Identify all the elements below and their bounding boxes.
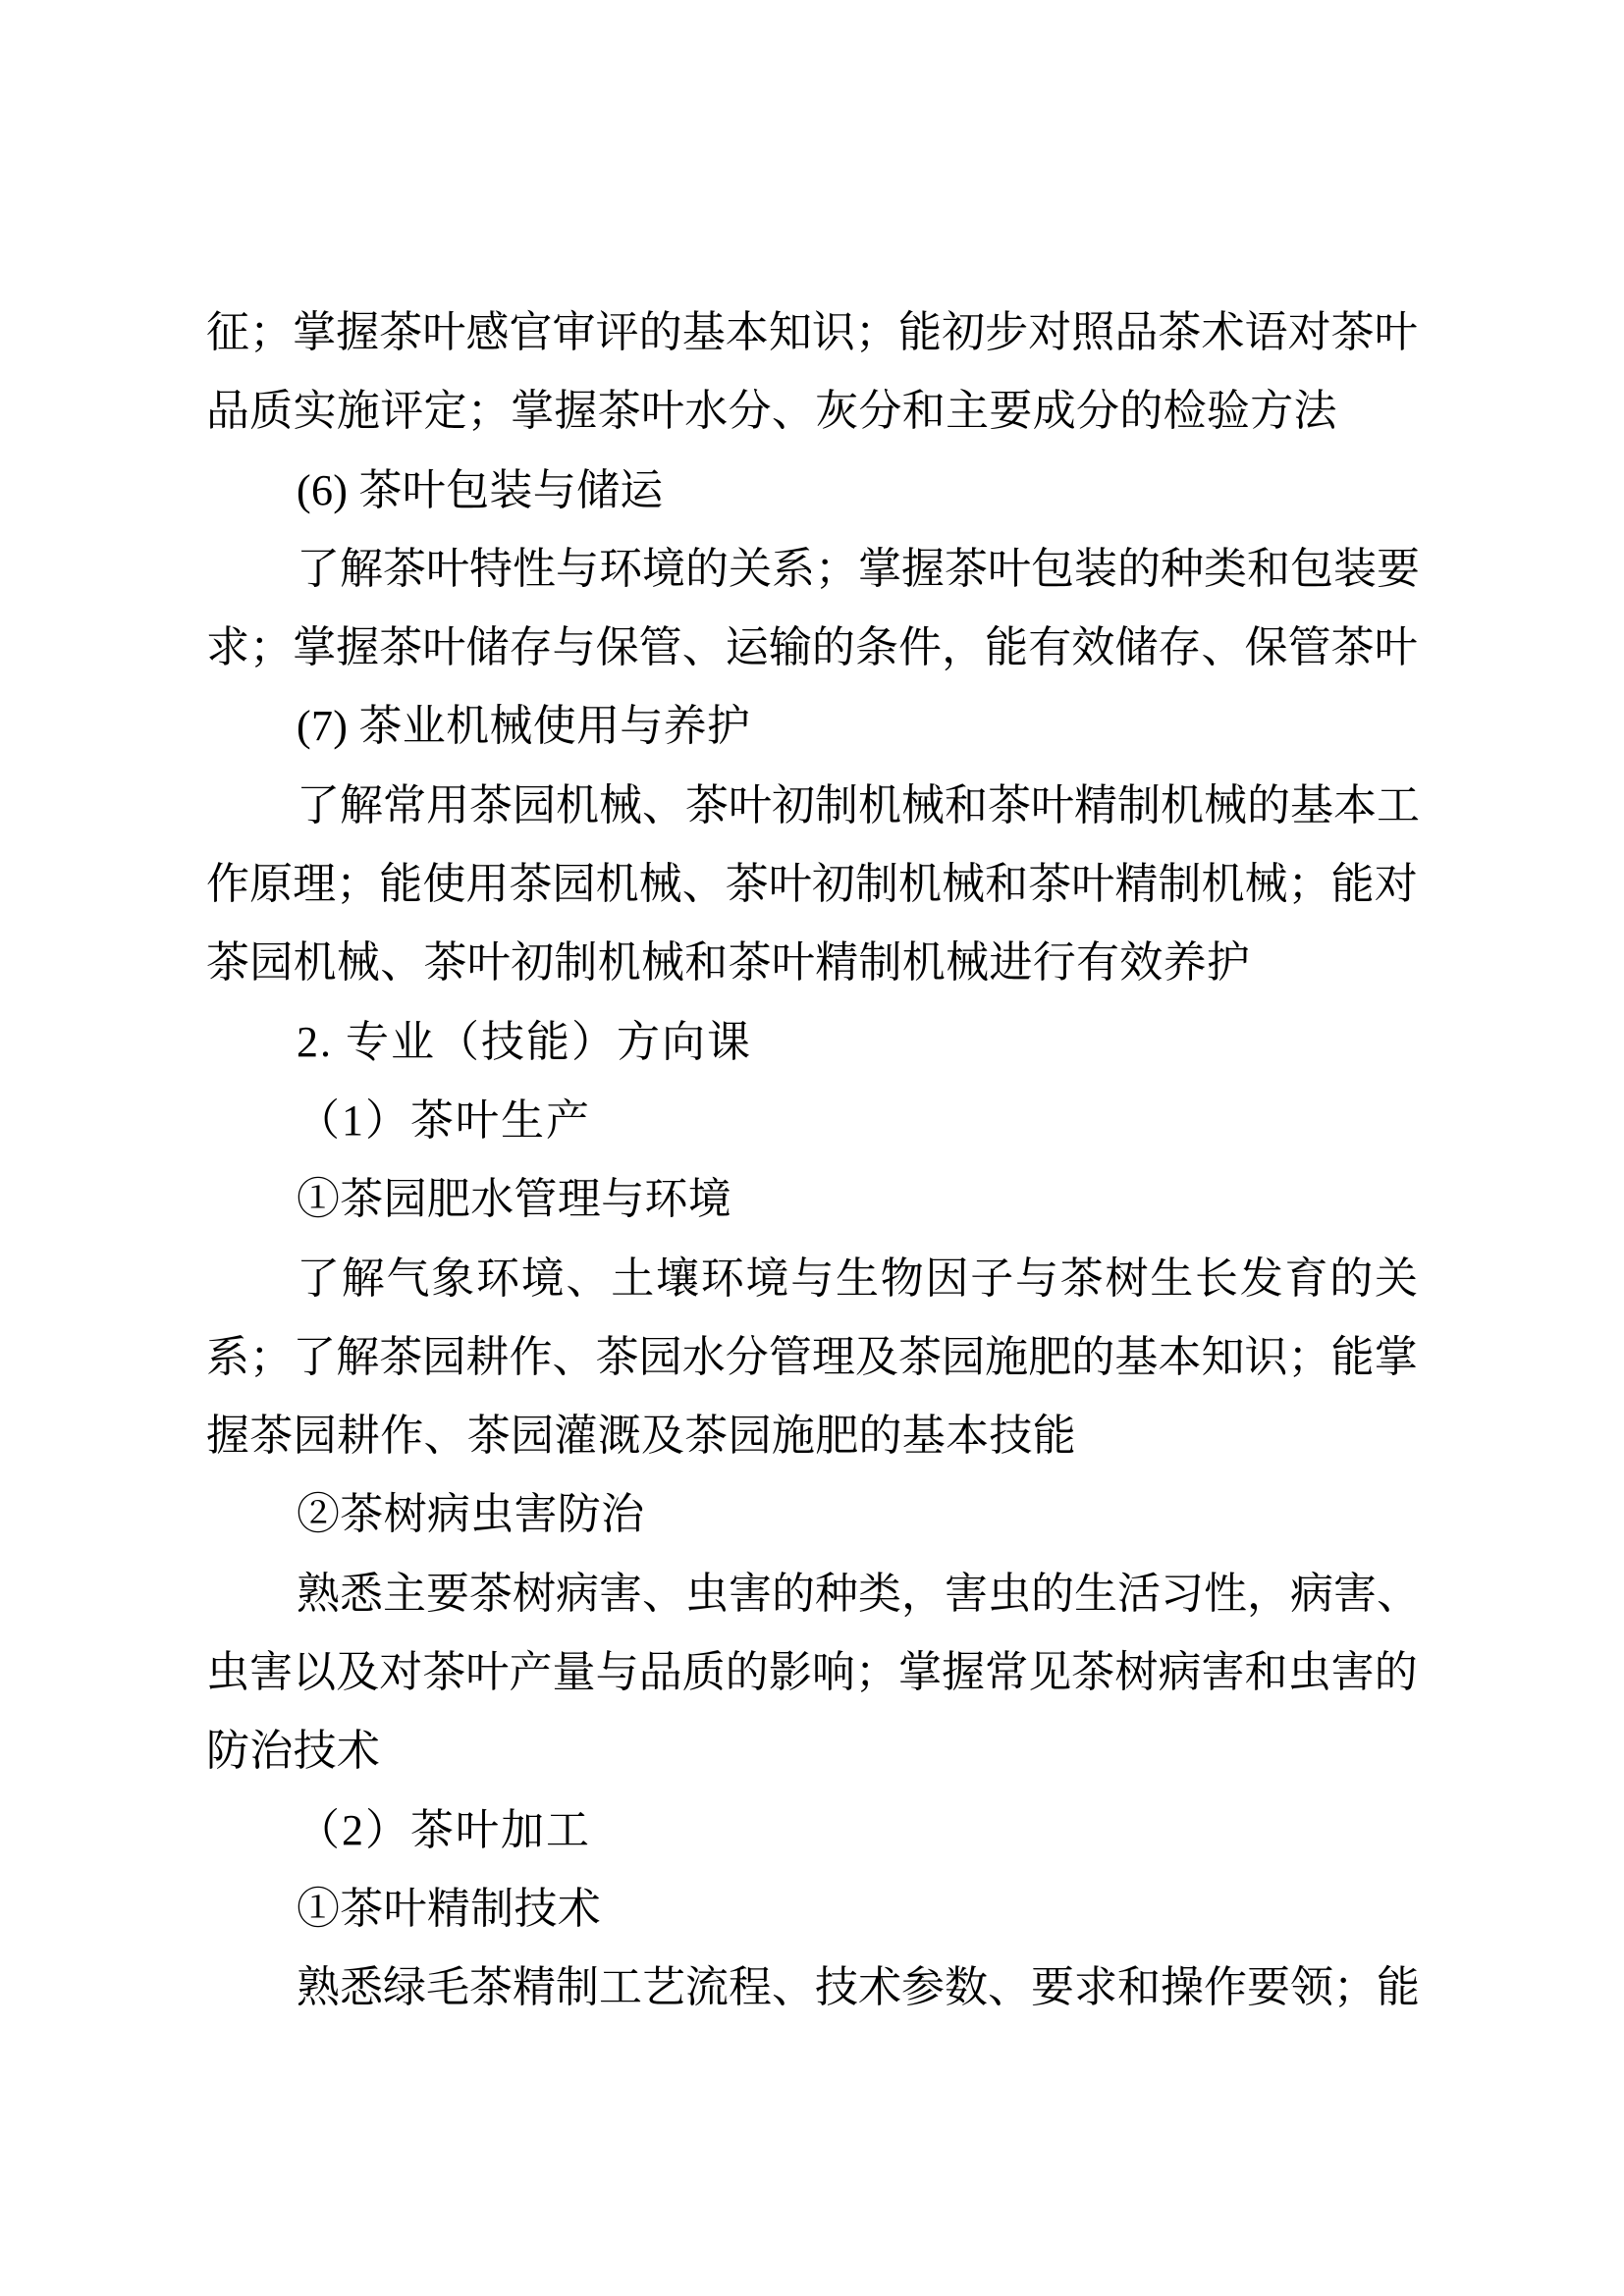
text-line-3: (6) 茶叶包装与储运 — [206, 452, 1418, 530]
char: 茶 — [1028, 845, 1071, 924]
char: 关 — [729, 530, 772, 609]
char: 病 — [1158, 1633, 1201, 1712]
char: 了 — [297, 767, 340, 845]
char: ； — [249, 294, 293, 372]
char: 园 — [553, 845, 596, 924]
char: 环 — [476, 1240, 519, 1318]
char: 的 — [726, 1633, 769, 1712]
char: 械 — [1245, 845, 1288, 924]
char: 与 — [596, 1633, 639, 1712]
char: 种 — [1161, 530, 1204, 609]
char: 的 — [772, 1555, 815, 1633]
char: 和 — [985, 845, 1028, 924]
char: 流 — [685, 1949, 729, 2027]
char: 制 — [855, 845, 898, 924]
char: 本 — [1158, 1318, 1201, 1397]
char: 子 — [970, 1240, 1013, 1318]
char: 用 — [465, 845, 509, 924]
char: 本 — [1333, 767, 1377, 845]
char: 及 — [855, 1318, 898, 1397]
char: 见 — [1028, 1633, 1071, 1712]
char: 械 — [599, 767, 642, 845]
char: 机 — [858, 767, 901, 845]
char: ； — [249, 1318, 293, 1397]
char: 掌 — [293, 294, 336, 372]
char: 常 — [985, 1633, 1028, 1712]
char: 保 — [1245, 609, 1288, 687]
char: 虫 — [1288, 1633, 1331, 1712]
char: 输 — [769, 609, 812, 687]
char: 叶 — [1031, 767, 1074, 845]
char: 茶 — [379, 294, 422, 372]
char: ， — [901, 1555, 945, 1633]
char: 与 — [556, 530, 599, 609]
text-line-7: 了解常用茶园机械、茶叶初制机械和茶叶精制机械的基本工 — [206, 767, 1418, 845]
char: 存 — [509, 609, 552, 687]
char: 知 — [769, 294, 812, 372]
char: 和 — [1247, 530, 1290, 609]
char: 施 — [985, 1318, 1028, 1397]
char: 肥 — [1028, 1318, 1071, 1397]
char: 叶 — [1375, 609, 1418, 687]
text-line-4: 了解茶叶特性与环境的关系；掌握茶叶包装的种类和包装要 — [206, 530, 1418, 609]
char: 保 — [596, 609, 639, 687]
char: 基 — [1290, 767, 1333, 845]
char: 操 — [1161, 1949, 1204, 2027]
char: 茶 — [469, 1949, 513, 2027]
char: 生 — [1150, 1240, 1193, 1318]
char: 茶 — [1331, 294, 1375, 372]
char: 影 — [769, 1633, 812, 1712]
char: 参 — [901, 1949, 945, 2027]
char: 质 — [682, 1633, 726, 1712]
char: 象 — [431, 1240, 474, 1318]
text-line-18: 虫害以及对茶叶产量与品质的影响；掌握常见茶树病害和虫害的 — [206, 1633, 1418, 1712]
char: 的 — [685, 530, 729, 609]
char: 储 — [1114, 609, 1158, 687]
char: 械 — [901, 767, 945, 845]
char: 掌 — [293, 609, 336, 687]
text-line-9: 茶园机械、茶叶初制机械和茶叶精制机械进行有效养护 — [206, 924, 1418, 1002]
char: 茶 — [1071, 1633, 1114, 1712]
char: 数 — [945, 1949, 988, 2027]
char: 叶 — [465, 1633, 509, 1712]
char: 叶 — [422, 609, 465, 687]
char: 类 — [858, 1555, 901, 1633]
char: 树 — [513, 1555, 556, 1633]
char: 官 — [509, 294, 552, 372]
char: 的 — [639, 294, 682, 372]
char: 病 — [556, 1555, 599, 1633]
text-line-17: 熟悉主要茶树病害、虫害的种类，害虫的生活习性，病害、 — [206, 1555, 1418, 1633]
char: 、 — [567, 1240, 610, 1318]
text-line-6: (7) 茶业机械使用与养护 — [206, 687, 1418, 766]
char: 因 — [926, 1240, 969, 1318]
char: 长 — [1195, 1240, 1238, 1318]
char: ； — [815, 530, 858, 609]
char: 理 — [293, 845, 336, 924]
char: 初 — [942, 294, 985, 372]
text-line-5: 求；掌握茶叶储存与保管、运输的条件，能有效储存、保管茶叶 — [206, 609, 1418, 687]
char: 领 — [1290, 1949, 1333, 2027]
char: 要 — [1247, 1949, 1290, 2027]
char: 品 — [1114, 294, 1158, 372]
char: 叶 — [1071, 845, 1114, 924]
char: 制 — [1117, 767, 1161, 845]
char: 茶 — [383, 530, 426, 609]
char: 茶 — [945, 530, 988, 609]
char: 、 — [1377, 1555, 1420, 1633]
char: 存 — [1158, 609, 1201, 687]
char: 能 — [898, 294, 942, 372]
char: 与 — [1015, 1240, 1058, 1318]
char: 机 — [1201, 845, 1244, 924]
char: 解 — [342, 1240, 385, 1318]
char: 的 — [1031, 1555, 1074, 1633]
char: 性 — [513, 530, 556, 609]
char: 土 — [611, 1240, 654, 1318]
char: 艺 — [642, 1949, 685, 2027]
char: 和 — [945, 767, 988, 845]
char: 性 — [1204, 1555, 1247, 1633]
text-line-22: 熟悉绿毛茶精制工艺流程、技术参数、要求和操作要领；能 — [206, 1949, 1418, 2027]
char: 作 — [1204, 1949, 1247, 2027]
text-line-1: 征；掌握茶叶感官审评的基本知识；能初步对照品茶术语对茶叶 — [206, 294, 1418, 372]
char: 系 — [206, 1318, 249, 1397]
char: 和 — [1117, 1949, 1161, 2027]
char: 件 — [898, 609, 942, 687]
char: 害 — [1333, 1555, 1377, 1633]
char: 握 — [901, 530, 945, 609]
char: 害 — [945, 1555, 988, 1633]
char: 械 — [1204, 767, 1247, 845]
char: 园 — [942, 1318, 985, 1397]
char: 术 — [858, 1949, 901, 2027]
char: 握 — [336, 609, 379, 687]
char: 发 — [1240, 1240, 1283, 1318]
char: 茶 — [1331, 609, 1375, 687]
char: 、 — [682, 845, 726, 924]
char: 管 — [1288, 609, 1331, 687]
char: 、 — [642, 767, 685, 845]
char: ； — [855, 1633, 898, 1712]
char: 壤 — [656, 1240, 699, 1318]
char: 悉 — [340, 1555, 383, 1633]
char: 技 — [815, 1949, 858, 2027]
char: 气 — [387, 1240, 430, 1318]
char: 叶 — [426, 530, 469, 609]
char: 虫 — [685, 1555, 729, 1633]
char: ； — [1288, 1318, 1331, 1397]
char: 园 — [422, 1318, 465, 1397]
char: 的 — [1117, 530, 1161, 609]
char: 环 — [701, 1240, 744, 1318]
text-line-13: 了解气象环境、土壤环境与生物因子与茶树生长发育的关 — [206, 1240, 1418, 1318]
char: 包 — [1031, 530, 1074, 609]
char: 使 — [422, 845, 465, 924]
char: 语 — [1245, 294, 1288, 372]
char: 系 — [772, 530, 815, 609]
char: 械 — [942, 845, 985, 924]
char: 识 — [812, 294, 855, 372]
char: 害 — [1201, 1633, 1244, 1712]
char: 病 — [1290, 1555, 1333, 1633]
document-page: 征；掌握茶叶感官审评的基本知识；能初步对照品茶术语对茶叶品质实施评定；掌握茶叶水… — [0, 0, 1624, 2296]
char: 害 — [599, 1555, 642, 1633]
char: 了 — [297, 530, 340, 609]
char: 关 — [1375, 1240, 1418, 1318]
char: ； — [1288, 845, 1331, 924]
char: 茶 — [1060, 1240, 1104, 1318]
char: 主 — [383, 1555, 426, 1633]
char: 对 — [1288, 294, 1331, 372]
char: 茶 — [685, 767, 729, 845]
char: 的 — [1247, 767, 1290, 845]
char: 械 — [639, 845, 682, 924]
char: 管 — [639, 609, 682, 687]
char: 制 — [815, 767, 858, 845]
char: 评 — [596, 294, 639, 372]
char: 能 — [379, 845, 422, 924]
char: 生 — [1074, 1555, 1117, 1633]
char: 包 — [1290, 530, 1333, 609]
char: 了 — [293, 1318, 336, 1397]
char: 类 — [1204, 530, 1247, 609]
char: ； — [336, 845, 379, 924]
char: 育 — [1285, 1240, 1328, 1318]
char: 制 — [1158, 845, 1201, 924]
char: 常 — [383, 767, 426, 845]
char: 解 — [336, 1318, 379, 1397]
char: 能 — [1331, 1318, 1375, 1397]
char: 理 — [812, 1318, 855, 1397]
char: 装 — [1333, 530, 1377, 609]
text-line-10: 2. 专业（技能）方向课 — [206, 1003, 1418, 1082]
text-line-15: 握茶园耕作、茶园灌溉及茶园施肥的基本技能 — [206, 1397, 1418, 1475]
char: 环 — [599, 530, 642, 609]
char: 掌 — [1375, 1318, 1418, 1397]
char: 水 — [682, 1318, 726, 1397]
char: 物 — [881, 1240, 924, 1318]
char: 毛 — [426, 1949, 469, 2027]
char: 、 — [553, 1318, 596, 1397]
char: 装 — [1074, 530, 1117, 609]
char: 感 — [465, 294, 509, 372]
text-line-8: 作原理；能使用茶园机械、茶叶初制机械和茶叶精制机械；能对 — [206, 845, 1418, 924]
char: 基 — [1114, 1318, 1158, 1397]
char: 虫 — [988, 1555, 1031, 1633]
char: 园 — [513, 767, 556, 845]
char: 响 — [812, 1633, 855, 1712]
char: 害 — [249, 1633, 293, 1712]
char: 的 — [812, 609, 855, 687]
char: 叶 — [1375, 294, 1418, 372]
text-line-19: 防治技术 — [206, 1712, 1418, 1790]
text-line-14: 系；了解茶园耕作、茶园水分管理及茶园施肥的基本知识；能掌 — [206, 1318, 1418, 1397]
char: 树 — [1106, 1240, 1149, 1318]
char: 、 — [772, 1949, 815, 2027]
char: 机 — [596, 845, 639, 924]
char: 熟 — [297, 1555, 340, 1633]
char: 要 — [426, 1555, 469, 1633]
char: 生 — [836, 1240, 879, 1318]
char: 作 — [206, 845, 249, 924]
char: 能 — [985, 609, 1028, 687]
char: 分 — [726, 1318, 769, 1397]
char: 以 — [293, 1633, 336, 1712]
char: 储 — [465, 609, 509, 687]
char: 、 — [1201, 609, 1244, 687]
char: 耕 — [465, 1318, 509, 1397]
char: 的 — [1329, 1240, 1373, 1318]
char: 运 — [726, 609, 769, 687]
char: 品 — [639, 1633, 682, 1712]
char: 精 — [513, 1949, 556, 2027]
char: 茶 — [988, 767, 1031, 845]
text-block: 征；掌握茶叶感官审评的基本知识；能初步对照品茶术语对茶叶品质实施评定；掌握茶叶水… — [206, 294, 1418, 2028]
char: 园 — [639, 1318, 682, 1397]
char: 和 — [1245, 1633, 1288, 1712]
char: 茶 — [469, 767, 513, 845]
char: 叶 — [422, 294, 465, 372]
char: 用 — [426, 767, 469, 845]
char: 要 — [1031, 1949, 1074, 2027]
char: ； — [1333, 1949, 1377, 2027]
char: 知 — [1201, 1318, 1244, 1397]
char: 征 — [206, 294, 249, 372]
char: 茶 — [379, 609, 422, 687]
char: 工 — [1377, 767, 1420, 845]
char: 产 — [509, 1633, 552, 1712]
char: 识 — [1245, 1318, 1288, 1397]
char: 步 — [985, 294, 1028, 372]
char: 虫 — [206, 1633, 249, 1712]
char: 效 — [1071, 609, 1114, 687]
char: 初 — [812, 845, 855, 924]
char: 茶 — [898, 1318, 942, 1397]
char: 茶 — [726, 845, 769, 924]
char: 叶 — [729, 767, 772, 845]
char: 害 — [1331, 1633, 1375, 1712]
char: 及 — [336, 1633, 379, 1712]
char: 机 — [556, 767, 599, 845]
char: 有 — [1028, 609, 1071, 687]
char: 茶 — [596, 1318, 639, 1397]
text-line-16: ②茶树病虫害防治 — [206, 1475, 1418, 1554]
char: 茶 — [379, 1318, 422, 1397]
char: 掌 — [858, 530, 901, 609]
char: 、 — [642, 1555, 685, 1633]
text-line-11: （1）茶叶生产 — [206, 1082, 1418, 1160]
char: 握 — [336, 294, 379, 372]
char: 绿 — [383, 1949, 426, 2027]
char: 茶 — [1158, 294, 1201, 372]
char: 求 — [206, 609, 249, 687]
char: 境 — [746, 1240, 789, 1318]
char: 特 — [469, 530, 513, 609]
char: 悉 — [340, 1949, 383, 2027]
char: 能 — [1331, 845, 1375, 924]
char: 要 — [1377, 530, 1420, 609]
char: 茶 — [469, 1555, 513, 1633]
char: 了 — [297, 1240, 340, 1318]
char: 初 — [772, 767, 815, 845]
char: 握 — [942, 1633, 985, 1712]
char: 习 — [1161, 1555, 1204, 1633]
char: ； — [855, 294, 898, 372]
char: 境 — [521, 1240, 565, 1318]
char: 本 — [726, 294, 769, 372]
char: 境 — [642, 530, 685, 609]
char: 掌 — [898, 1633, 942, 1712]
char: 机 — [1161, 767, 1204, 845]
text-line-20: （2）茶叶加工 — [206, 1791, 1418, 1870]
char: 与 — [790, 1240, 834, 1318]
char: 精 — [1074, 767, 1117, 845]
char: 熟 — [297, 1949, 340, 2027]
char: 程 — [729, 1949, 772, 2027]
char: 作 — [509, 1318, 552, 1397]
char: 害 — [729, 1555, 772, 1633]
char: 叶 — [769, 845, 812, 924]
char: 的 — [1071, 1318, 1114, 1397]
char: 解 — [340, 767, 383, 845]
char: 机 — [898, 845, 942, 924]
char: 审 — [553, 294, 596, 372]
char: ， — [1247, 1555, 1290, 1633]
char: 树 — [1114, 1633, 1158, 1712]
char: 解 — [340, 530, 383, 609]
char: 照 — [1071, 294, 1114, 372]
char: 量 — [553, 1633, 596, 1712]
text-line-2: 品质实施评定；掌握茶叶水分、灰分和主要成分的检验方法 — [206, 372, 1418, 451]
char: 精 — [1114, 845, 1158, 924]
char: ； — [249, 609, 293, 687]
char: 、 — [988, 1949, 1031, 2027]
char: 制 — [556, 1949, 599, 2027]
char: 求 — [1074, 1949, 1117, 2027]
char: 管 — [769, 1318, 812, 1397]
char: 对 — [1375, 845, 1418, 924]
text-line-21: ①茶叶精制技术 — [206, 1870, 1418, 1949]
char: ， — [942, 609, 985, 687]
char: 茶 — [422, 1633, 465, 1712]
char: 原 — [249, 845, 293, 924]
char: 术 — [1201, 294, 1244, 372]
char: 条 — [855, 609, 898, 687]
text-line-12: ①茶园肥水管理与环境 — [206, 1160, 1418, 1239]
char: 活 — [1117, 1555, 1161, 1633]
char: 对 — [379, 1633, 422, 1712]
char: 叶 — [988, 530, 1031, 609]
char: 工 — [599, 1949, 642, 2027]
char: 基 — [682, 294, 726, 372]
char: 茶 — [509, 845, 552, 924]
char: 对 — [1028, 294, 1071, 372]
char: 、 — [682, 609, 726, 687]
char: 种 — [815, 1555, 858, 1633]
char: 能 — [1377, 1949, 1420, 2027]
char: 与 — [553, 609, 596, 687]
char: 的 — [1375, 1633, 1418, 1712]
